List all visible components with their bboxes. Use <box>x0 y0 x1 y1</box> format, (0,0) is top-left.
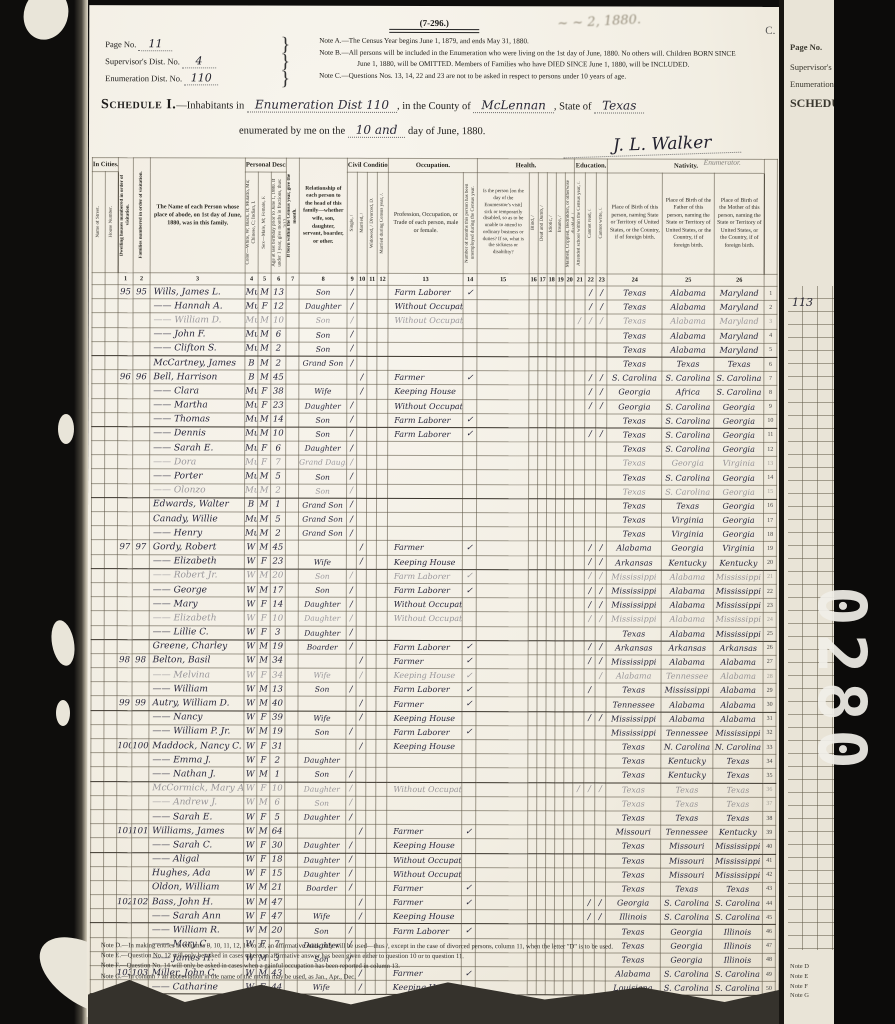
table-row: —— Elizabeth W F 10 Daughter / Without O… <box>91 611 776 627</box>
cell-widowed-mark <box>366 881 376 895</box>
cell-married-mark <box>356 881 366 895</box>
cell-widowed-mark <box>366 711 376 725</box>
cell-age: 13 <box>270 682 285 696</box>
cell-married-mark <box>356 640 366 654</box>
header-father-birthplace: Place of Birth of the Father of this per… <box>662 173 714 274</box>
header-month-born: If born within the Census year, give the… <box>286 158 299 273</box>
cell-deaf-mark <box>537 541 546 555</box>
cell-idiotic-mark <box>546 598 555 612</box>
cell-father-birthplace: Arkansas <box>661 641 713 655</box>
cell-birth-month <box>285 682 298 696</box>
cell-blind-mark <box>528 839 537 853</box>
cell-birth-month <box>285 611 298 625</box>
cell-house <box>104 654 117 668</box>
cell-family-number <box>132 498 149 512</box>
cell-street <box>91 710 104 724</box>
cell-single-mark: / <box>346 597 356 611</box>
cell-name: —— Sarah E. <box>149 810 244 824</box>
cell-cannot-read-mark: / <box>584 555 595 569</box>
cell-single-mark: / <box>347 314 357 328</box>
cell-maimed-mark <box>564 683 573 697</box>
cell-widowed-mark <box>367 314 377 328</box>
cell-school-mark <box>573 669 584 683</box>
cell-occupation: Farm Laborer <box>386 924 461 938</box>
cell-mother-birthplace: Georgia <box>714 414 764 428</box>
cell-blind-mark <box>528 796 537 810</box>
cell-insane-mark <box>555 853 564 867</box>
cell-place-of-birth: Texas <box>607 343 662 357</box>
cell-married-mark <box>356 569 366 583</box>
cell-father-birthplace: Alabama <box>661 698 713 712</box>
cell-mother-birthplace: Alabama <box>713 655 763 669</box>
cell-occupation: Farmer <box>388 371 463 385</box>
cell-dwelling-number <box>118 441 133 455</box>
header-married: Married, / <box>357 172 367 273</box>
cell-dwelling-number <box>117 526 132 540</box>
cell-relationship: Daughter <box>298 753 346 767</box>
cell-deaf-mark <box>536 924 545 938</box>
cell-street <box>91 583 104 597</box>
cell-school-mark <box>574 442 585 456</box>
cell-cannot-write-mark <box>596 513 607 527</box>
cell-mother-birthplace: Mississippi <box>713 627 763 641</box>
cell-cannot-write-mark <box>595 868 606 882</box>
cell-insane-mark <box>556 513 565 527</box>
cell-color: Mu <box>245 384 258 398</box>
cell-blind-mark <box>528 825 537 839</box>
cell-unemployed-mark: ✓ <box>462 669 476 683</box>
cell-married-mark <box>356 853 366 867</box>
cell-deaf-mark <box>537 683 546 697</box>
cell-dwelling-number <box>118 427 133 441</box>
cell-school-mark <box>573 811 584 825</box>
cell-line-number: 23 <box>763 598 776 612</box>
cell-sex: M <box>258 313 271 327</box>
cell-family-number: 99 <box>132 696 149 710</box>
cell-age: 14 <box>271 413 286 427</box>
cell-sex: M <box>258 413 271 427</box>
cell-married-census-year-mark <box>376 626 387 640</box>
cell-school-mark <box>574 414 585 428</box>
cell-place-of-birth: Texas <box>607 470 662 484</box>
cell-cannot-write-mark <box>595 626 606 640</box>
cell-school-mark <box>573 726 584 740</box>
cell-place-of-birth: Mississippi <box>606 712 661 726</box>
cell-line-number: 32 <box>763 726 776 740</box>
cell-street <box>92 441 105 455</box>
cell-family-number <box>132 568 149 582</box>
cell-birth-month <box>286 441 299 455</box>
cell-unemployed-mark <box>462 740 476 754</box>
cell-occupation <box>387 626 462 640</box>
cell-name: Bell, Harrison <box>150 370 245 384</box>
cell-relationship: Daughter <box>298 838 346 852</box>
cell-married-mark: / <box>357 370 367 384</box>
cell-sex: F <box>257 555 270 569</box>
cell-married-mark <box>355 924 365 938</box>
cell-cannot-read-mark <box>585 414 596 428</box>
cell-relationship: Son <box>299 342 347 356</box>
cell-blind-mark <box>528 626 537 640</box>
cell-color: W <box>244 583 257 597</box>
cell-deaf-mark <box>538 385 547 399</box>
cell-sex: F <box>257 838 270 852</box>
cell-insane-mark <box>555 683 564 697</box>
cell-sex: F <box>257 668 270 682</box>
cell-single-mark <box>345 895 355 909</box>
cell-birth-month <box>286 427 299 441</box>
cell-street <box>91 568 104 582</box>
cell-single-mark: / <box>346 867 356 881</box>
cell-insane-mark <box>555 612 564 626</box>
cell-cannot-write-mark <box>595 797 606 811</box>
cell-married-mark <box>356 753 366 767</box>
cell-sex: M <box>258 356 271 370</box>
cell-insane-mark <box>555 711 564 725</box>
cell-line-number: 33 <box>763 740 776 754</box>
cell-place-of-birth: Texas <box>607 329 662 343</box>
supervisor-label: Supervisor's Dist. No. <box>105 56 180 66</box>
cell-cannot-read-mark: / <box>584 541 595 555</box>
cell-single-mark: / <box>346 640 356 654</box>
cell-blind-mark <box>528 612 537 626</box>
cell-house <box>104 639 117 653</box>
cell-sex: F <box>257 853 270 867</box>
cell-sickness <box>477 413 529 427</box>
cell-sickness <box>477 399 529 413</box>
cell-color: W <box>244 626 257 640</box>
cell-family-number <box>132 753 149 767</box>
cell-age: 39 <box>270 711 285 725</box>
cell-blind-mark <box>528 740 537 754</box>
cell-color: W <box>244 696 257 710</box>
cell-blind-mark <box>529 314 538 328</box>
cell-cannot-read-mark: / <box>585 385 596 399</box>
cell-color: W <box>244 867 257 881</box>
cell-sickness <box>476 867 528 881</box>
cell-house <box>105 398 118 412</box>
cell-street <box>91 682 104 696</box>
cell-maimed-mark <box>565 371 574 385</box>
cell-deaf-mark <box>537 555 546 569</box>
note-b-line2: June 1, 1880, will be OMITTED. Members o… <box>319 59 769 72</box>
cell-family-number: 101 <box>132 824 149 838</box>
cell-relationship: Son <box>299 484 347 498</box>
cell-sickness <box>477 357 529 371</box>
cell-color: W <box>244 569 257 583</box>
cell-place-of-birth: Mississippi <box>606 584 661 598</box>
cell-dwelling-number <box>117 597 132 611</box>
cell-school-mark <box>574 470 585 484</box>
cell-house <box>104 696 117 710</box>
cell-married-census-year-mark <box>376 768 387 782</box>
cell-father-birthplace: Alabama <box>662 329 714 343</box>
cell-street <box>92 341 105 355</box>
cell-insane-mark <box>554 924 563 938</box>
cell-married-census-year-mark <box>376 839 387 853</box>
cell-married-census-year-mark <box>377 413 388 427</box>
cell-mother-birthplace: Georgia <box>714 428 764 442</box>
cell-insane-mark <box>556 385 565 399</box>
cell-single-mark <box>347 370 357 384</box>
cell-place-of-birth: Texas <box>607 456 662 470</box>
cell-age: 64 <box>270 824 285 838</box>
cell-color: Mu <box>245 441 258 455</box>
cell-occupation <box>388 342 463 356</box>
cell-maimed-mark <box>564 541 573 555</box>
cell-married-census-year-mark <box>377 399 388 413</box>
cell-mother-birthplace: Maryland <box>714 300 764 314</box>
cell-blind-mark <box>528 569 537 583</box>
cell-school-mark <box>573 570 584 584</box>
cell-blind-mark <box>527 924 536 938</box>
cell-place-of-birth: Texas <box>607 414 662 428</box>
cell-house <box>103 895 116 909</box>
cell-married-census-year-mark <box>376 683 387 697</box>
cell-cannot-read-mark: / <box>584 570 595 584</box>
cell-deaf-mark <box>537 626 546 640</box>
cell-house <box>105 441 118 455</box>
cell-married-census-year-mark <box>376 754 387 768</box>
cell-mother-birthplace: Texas <box>713 783 763 797</box>
cell-sex: M <box>257 824 270 838</box>
cell-occupation <box>388 441 463 455</box>
cell-family-number <box>132 526 149 540</box>
cell-line-number: 28 <box>763 669 776 683</box>
cell-sickness <box>476 768 528 782</box>
cell-widowed-mark <box>366 725 376 739</box>
cell-street <box>91 824 104 838</box>
cell-married-mark <box>356 583 366 597</box>
cell-cannot-read-mark <box>584 726 595 740</box>
cell-family-number <box>132 668 149 682</box>
enumerator-signature: J. L. Walker <box>562 132 741 159</box>
cell-deaf-mark <box>537 839 546 853</box>
cell-married-census-year-mark <box>376 824 387 838</box>
cell-school-mark <box>573 598 584 612</box>
header-dwelling: Dwelling houses numbered in order of vis… <box>118 158 133 273</box>
next-page-notes: Note D Note E Note F Note G <box>790 962 809 1001</box>
cell-cannot-read-mark: / <box>584 683 595 697</box>
cell-single-mark: / <box>347 427 357 441</box>
page-no-value: 11 <box>139 37 173 51</box>
cell-birth-month <box>285 867 298 881</box>
cell-cannot-read-mark: / <box>584 655 595 669</box>
cell-married-mark <box>357 470 367 484</box>
cell-street <box>92 483 105 497</box>
cell-color: W <box>243 909 256 923</box>
cell-sex: F <box>258 441 271 455</box>
cell-blind-mark <box>529 399 538 413</box>
cell-mother-birthplace: Maryland <box>714 315 764 329</box>
cell-single-mark <box>346 697 356 711</box>
cell-widowed-mark <box>365 924 375 938</box>
cell-sickness <box>476 725 528 739</box>
cell-deaf-mark <box>537 825 546 839</box>
cell-street <box>90 880 103 894</box>
microfilm-stamp-0280: 0280 <box>803 586 880 854</box>
cell-relationship: Son <box>298 796 346 810</box>
cell-place-of-birth: Georgia <box>607 385 662 399</box>
cell-age: 6 <box>270 796 285 810</box>
cell-father-birthplace: S. Carolina <box>662 442 714 456</box>
cell-sickness <box>477 385 529 399</box>
cell-mother-birthplace: Mississippi <box>713 840 763 854</box>
cell-sickness <box>475 910 527 924</box>
cell-color: B <box>245 356 258 370</box>
cell-occupation: Keeping House <box>386 910 461 924</box>
cell-single-mark: / <box>346 839 356 853</box>
cell-cannot-read-mark <box>585 527 596 541</box>
cell-line-number: 13 <box>764 457 777 471</box>
cell-cannot-write-mark: / <box>596 371 607 385</box>
group-civil-condition: Civil Condition. <box>347 158 388 172</box>
cell-sex: F <box>258 299 271 313</box>
note-g: Note G.—In column 7 an abbreviation in t… <box>101 972 761 984</box>
cell-occupation: Without Occupation <box>388 314 463 328</box>
cell-dwelling-number <box>117 583 132 597</box>
cell-single-mark: / <box>346 768 356 782</box>
cell-mother-birthplace: Texas <box>714 357 764 371</box>
cell-place-of-birth: Texas <box>606 868 661 882</box>
cell-place-of-birth: Illinois <box>606 910 661 924</box>
cell-line-number: 45 <box>763 911 776 925</box>
cell-family-number <box>132 625 149 639</box>
cell-dwelling-number <box>117 611 132 625</box>
cell-occupation: Without Occupation <box>388 300 463 314</box>
cell-dwelling-number <box>117 838 132 852</box>
cell-dwelling-number: 95 <box>118 285 133 299</box>
cell-married-census-year-mark <box>376 725 387 739</box>
cell-relationship: Son <box>298 569 346 583</box>
cell-insane-mark <box>556 357 565 371</box>
cell-sex: M <box>257 767 270 781</box>
cell-school-mark <box>573 825 584 839</box>
cell-family-number <box>132 795 149 809</box>
cell-idiotic-mark <box>546 669 555 683</box>
cell-idiotic-mark <box>546 527 555 541</box>
cell-birth-month <box>285 569 298 583</box>
cell-cannot-read-mark <box>584 868 595 882</box>
cell-father-birthplace: N. Carolina <box>661 740 713 754</box>
cell-maimed-mark <box>564 768 573 782</box>
cell-sex: F <box>258 399 271 413</box>
cell-school-mark <box>573 797 584 811</box>
cell-occupation <box>388 456 463 470</box>
cell-married-mark: / <box>356 711 366 725</box>
cell-blind-mark <box>528 697 537 711</box>
cell-school-mark <box>573 697 584 711</box>
cell-cannot-write-mark: / <box>595 712 606 726</box>
cell-line-number: 20 <box>763 556 776 570</box>
cell-unemployed-mark <box>462 754 476 768</box>
cell-cannot-read-mark <box>584 626 595 640</box>
cell-street <box>91 724 104 738</box>
cell-cannot-write-mark: / <box>595 910 606 924</box>
cell-house <box>105 356 118 370</box>
cell-deaf-mark <box>537 584 546 598</box>
cell-insane-mark <box>555 541 564 555</box>
cell-father-birthplace: S. Carolina <box>661 910 713 924</box>
cell-father-birthplace: Georgia <box>662 541 714 555</box>
cell-dwelling-number: 99 <box>117 696 132 710</box>
cell-cannot-write-mark <box>596 456 607 470</box>
cell-line-number: 8 <box>764 386 777 400</box>
cell-widowed-mark <box>366 739 376 753</box>
header-deaf: Deaf and Dumb, / <box>538 173 547 274</box>
cell-dwelling-number <box>117 710 132 724</box>
cell-family-number <box>132 810 149 824</box>
cell-father-birthplace: Alabama <box>662 300 714 314</box>
cell-relationship: Daughter <box>298 626 346 640</box>
cell-unemployed-mark <box>462 811 476 825</box>
cell-insane-mark <box>556 399 565 413</box>
cell-unemployed-mark: ✓ <box>461 924 475 938</box>
cell-cannot-read-mark <box>585 328 596 342</box>
cell-dwelling-number <box>118 469 133 483</box>
cell-place-of-birth: Arkansas <box>606 641 661 655</box>
cell-dwelling-number <box>117 554 132 568</box>
cell-deaf-mark <box>537 612 546 626</box>
cell-cannot-read-mark: / <box>584 598 595 612</box>
cell-cannot-write-mark: / <box>595 584 606 598</box>
cell-mother-birthplace: Mississippi <box>713 868 763 882</box>
cell-mother-birthplace: Alabama <box>713 683 763 697</box>
cell-family-number <box>132 838 149 852</box>
cell-place-of-birth: Texas <box>606 740 661 754</box>
cell-cannot-read-mark <box>584 768 595 782</box>
cell-relationship: Daughter <box>299 441 347 455</box>
cell-idiotic-mark <box>547 300 556 314</box>
cell-color: W <box>243 923 256 937</box>
cell-dwelling-number <box>118 483 133 497</box>
cell-age: 2 <box>270 526 285 540</box>
cell-widowed-mark <box>367 399 377 413</box>
cell-street <box>92 285 105 299</box>
table-row: —— Olonzo Mu M 2 Son / Texas S. Carolina… <box>92 483 777 499</box>
cell-unemployed-mark <box>463 314 477 328</box>
cell-deaf-mark <box>538 470 547 484</box>
cell-idiotic-mark <box>546 541 555 555</box>
cell-married-mark <box>356 839 366 853</box>
cell-place-of-birth: Mississippi <box>606 570 661 584</box>
cell-color: Mu <box>245 285 258 299</box>
cell-relationship: Son <box>298 768 346 782</box>
cell-deaf-mark <box>537 882 546 896</box>
header-unemployed: Number of months this person has been un… <box>463 173 477 274</box>
cell-insane-mark <box>555 598 564 612</box>
cell-idiotic-mark <box>547 286 556 300</box>
brace-glyph: } <box>280 68 290 91</box>
cell-cannot-read-mark: / <box>585 371 596 385</box>
header-street: Name of Street. <box>92 172 105 273</box>
cell-mother-birthplace: Alabama <box>713 669 763 683</box>
cell-blind-mark <box>528 853 537 867</box>
cell-school-mark <box>574 300 585 314</box>
cell-idiotic-mark <box>546 811 555 825</box>
cell-unemployed-mark: ✓ <box>463 427 477 441</box>
cell-single-mark <box>345 910 355 924</box>
cell-family-number <box>132 554 149 568</box>
cell-mother-birthplace: Virginia <box>714 456 764 470</box>
cell-cannot-write-mark <box>596 485 607 499</box>
cell-married-mark <box>357 484 367 498</box>
cell-father-birthplace: Alabama <box>661 598 713 612</box>
cell-father-birthplace: Missouri <box>661 854 713 868</box>
cell-married-mark: / <box>356 541 366 555</box>
cell-idiotic-mark <box>546 726 555 740</box>
cell-relationship <box>299 370 347 384</box>
